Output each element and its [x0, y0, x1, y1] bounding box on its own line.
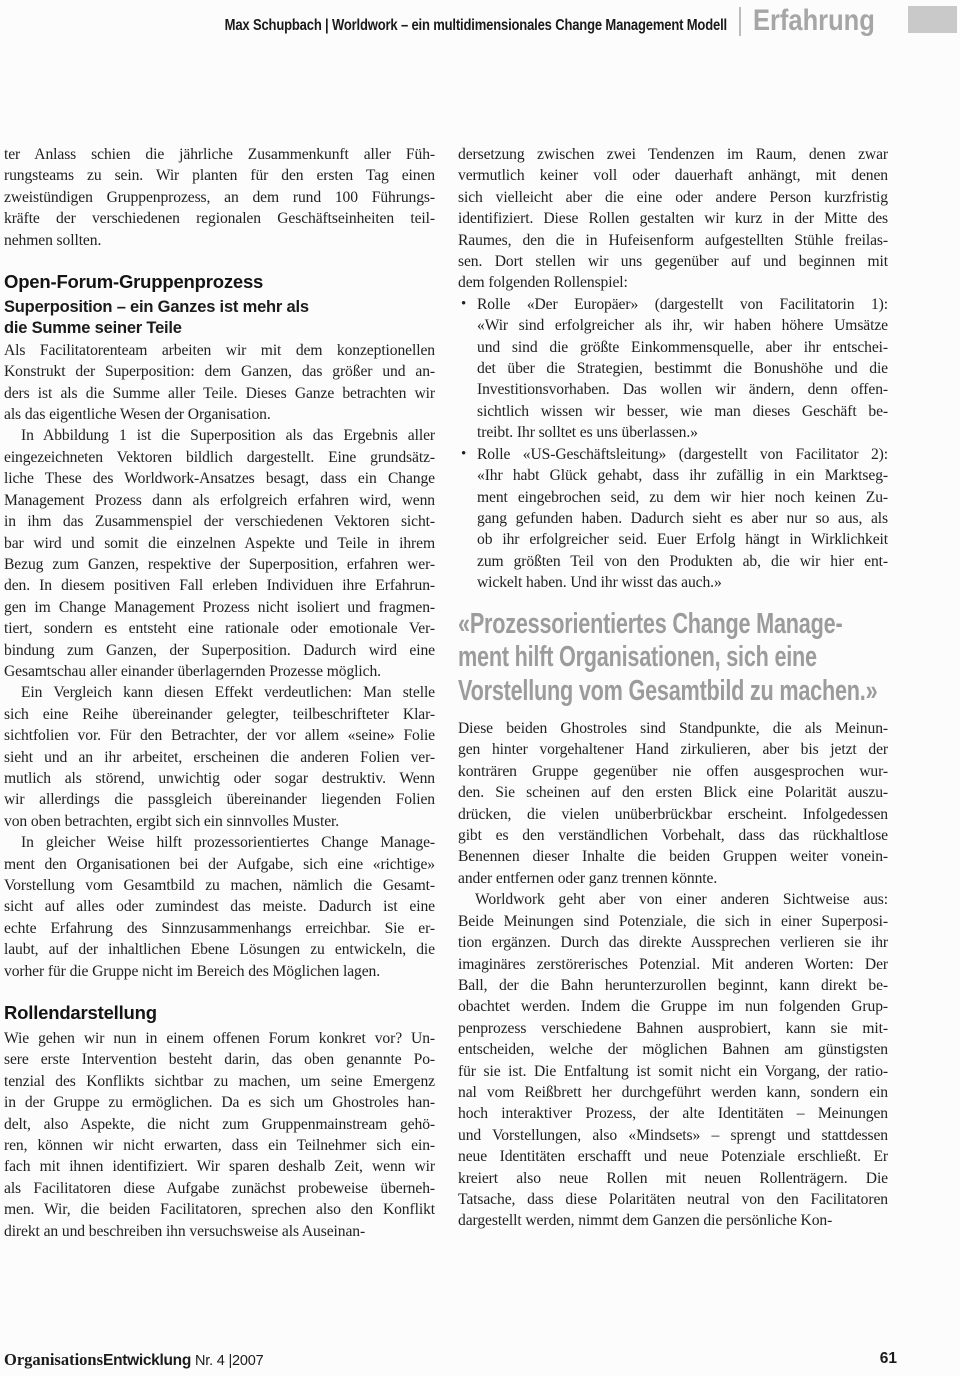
journal-name: OrganisationsEntwicklung Nr. 4 |2007	[4, 1350, 264, 1370]
bullet-item: •Rolle «Der Europäer» (dargestellt von F…	[458, 294, 888, 444]
sub-heading: Superposition – ein Ganzes ist mehr alsd…	[4, 297, 435, 340]
body-line: kräfte der verschiedenen regionalen Gesc…	[4, 208, 435, 229]
body-line: als Facilitatoren diese Aufgabe zunächst…	[4, 1178, 435, 1199]
body-line: und sind die größte Einkommensquelle, ab…	[477, 337, 888, 358]
paragraph: Als Facilitatorenteam arbeiten wir mit d…	[4, 340, 435, 426]
body-line: ders ist als die Summe aller Teile. Dies…	[4, 383, 435, 404]
body-line: rungsteams zu sein. Wir planten für den …	[4, 165, 435, 186]
body-line: bar wird und somit die einzelnen Aspekte…	[4, 533, 435, 554]
body-line: gen im Change Management Prozess nicht i…	[4, 597, 435, 618]
body-line: für sie ist. Die Entfaltung ist somit ni…	[458, 1061, 888, 1082]
body-line: Bezug zum Ganzen, respektive der Superpo…	[4, 554, 435, 575]
body-line: ander entfernen oder ganz trennen könnte…	[458, 868, 888, 889]
body-line: zweistündigen Gruppenprozess, an dem run…	[4, 187, 435, 208]
pull-quote-line: «Prozessorientiertes Change Manage-	[458, 608, 785, 642]
paragraph: In Abbildung 1 ist die Superposition als…	[4, 425, 435, 682]
sub-heading-line: die Summe seiner Teile	[4, 318, 435, 339]
bullet-icon: •	[461, 444, 466, 465]
body-line: ter Anlass schien die jährliche Zusammen…	[4, 144, 435, 165]
body-line: ment eingebrochen seid, zu dem wir hier …	[477, 487, 888, 508]
body-line: sen. Dort stellen wir uns gegenüber auf …	[458, 251, 888, 272]
paragraph: Ein Vergleich kann diesen Effekt verdeut…	[4, 682, 435, 832]
body-line: Vorstellung vom Gesamtbild zu machen, nä…	[4, 875, 435, 896]
paragraph: Wie gehen wir nun in einem offenen Forum…	[4, 1028, 435, 1242]
body-line: den. Sie scheinen auf den ersten Blick e…	[458, 782, 888, 803]
body-line: fach mit ihnen identifiziert. Wir sparen…	[4, 1156, 435, 1177]
body-line: vorher für die Gruppe nicht im Bereich d…	[4, 961, 435, 982]
body-line: von oben betrachten, ergibt sich ein sin…	[4, 811, 435, 832]
body-line: imaginäres zerstörerisches Potenzial. Mi…	[458, 954, 888, 975]
body-line: identifiziert. Diese Rollen gestalten wi…	[458, 208, 888, 229]
body-line: in ihm das Zusammenspiel der verschieden…	[4, 511, 435, 532]
body-line: Konstrukt der Superposition: dem Ganzen,…	[4, 361, 435, 382]
body-line: Diese beiden Ghostroles sind Standpunkte…	[458, 718, 888, 739]
issue-number: Nr. 4 |2007	[195, 1353, 263, 1369]
body-line: sich eine Reihe übereinander gelegter, t…	[4, 704, 435, 725]
body-line: Raumes, den die in Hufeisenform aufgeste…	[458, 230, 888, 251]
body-line: Rolle «Der Europäer» (dargestellt von Fa…	[477, 294, 888, 315]
body-line: ob ihr erfolgreicher seid. Euer Erfolg h…	[477, 529, 888, 550]
section-label: Erfahrung	[753, 4, 875, 38]
journal-name-serif-part: Organisations	[4, 1350, 103, 1369]
body-line: treibt. Ihr solltet es uns überlassen.»	[477, 422, 888, 443]
header-divider	[739, 7, 741, 36]
body-line: liche These des Worldwork-Ansatzes besag…	[4, 468, 435, 489]
body-line: kreiert also neue Rollen mit neuen Rolle…	[458, 1168, 888, 1189]
sub-heading-line: Superposition – ein Ganzes ist mehr als	[4, 297, 435, 318]
header-corner-box	[908, 6, 957, 33]
body-line: Gesamtschau aller einander überlagernden…	[4, 661, 435, 682]
body-line: Wie gehen wir nun in einem offenen Forum…	[4, 1028, 435, 1049]
bullet-item: •Rolle «US-Geschäftsleitung» (dargestell…	[458, 444, 888, 594]
body-line: in der Gruppe zu ermöglichen. Da es sich…	[4, 1092, 435, 1113]
body-line: Management Prozess dann als erfolgreich …	[4, 490, 435, 511]
body-line: In gleicher Weise hilft prozessorientier…	[4, 832, 435, 853]
body-line: Tatsache, dass diese Polaritäten neutral…	[458, 1189, 888, 1210]
body-line: dargestellt werden, nimmt dem Ganzen die…	[458, 1210, 888, 1231]
running-head: Max Schupbach | Worldwork – ein multidim…	[225, 17, 727, 35]
body-line: obachtet werden. Indem die Gruppe im nun…	[458, 996, 888, 1017]
body-line: gang gefunden haben. Dadurch sieht es ab…	[477, 508, 888, 529]
body-line: sichtfolien vor. Für den Betrachter, der…	[4, 725, 435, 746]
body-line: eingezeichneten Vektoren bildlich darges…	[4, 447, 435, 468]
body-line: entscheiden, welche der möglichen Bahnen…	[458, 1039, 888, 1060]
body-line: sere erste Intervention besteht darin, d…	[4, 1049, 435, 1070]
body-line: Rolle «US-Geschäftsleitung» (dargestellt…	[477, 444, 888, 465]
body-line: Beide Meinungen sind Potenziale, die sic…	[458, 911, 888, 932]
body-line: den. In diesem positiven Fall erleben In…	[4, 575, 435, 596]
body-line: sicht auf alles oder zumindest das meist…	[4, 896, 435, 917]
body-line: wir allerdings die passgleich übereinand…	[4, 789, 435, 810]
body-line: sieht und an ihr arbeitet, erscheinen di…	[4, 747, 435, 768]
body-line: dersetzung zwischen zwei Tendenzen im Ra…	[458, 144, 888, 165]
bullet-icon: •	[461, 294, 466, 315]
body-line: neue Identitäten erschafft und neue Pote…	[458, 1146, 888, 1167]
body-line: vermutlich keiner voll oder dauerhaft an…	[458, 165, 888, 186]
body-line: mutlich als störend, unwichtig oder soga…	[4, 768, 435, 789]
body-line: «Wir sind erfolgreicher als ihr, wir hab…	[477, 315, 888, 336]
body-line: sichtlich wissen wir besser, wie man die…	[477, 401, 888, 422]
body-line: ren, können wir nicht erwarten, dass ein…	[4, 1135, 435, 1156]
body-line: ment den Organisationen bei der Aufgabe,…	[4, 854, 435, 875]
body-line: Benennen dieser Inhalte die beiden Grupp…	[458, 846, 888, 867]
body-line: gen hinter vorgehaltener Hand zirkuliere…	[458, 739, 888, 760]
body-line: Ein Vergleich kann diesen Effekt verdeut…	[4, 682, 435, 703]
body-line: delt, also Aspekte, die nicht zum Gruppe…	[4, 1114, 435, 1135]
body-line: det über die Strategien, bestimmt die Bo…	[477, 358, 888, 379]
body-line: tiert, sondern es entsteht eine rational…	[4, 618, 435, 639]
body-line: konträren Gruppe gegenüber nie offen aus…	[458, 761, 888, 782]
paragraph: dersetzung zwischen zwei Tendenzen im Ra…	[458, 144, 888, 294]
body-line: laubt, auf der inhaltlichen Ebene Lösung…	[4, 939, 435, 960]
body-line: Ball, der die Bahn herunterzurollen begi…	[458, 975, 888, 996]
body-line: drücken, die vielen unüberbrückbar ersch…	[458, 804, 888, 825]
body-line: dem folgenden Rollenspiel:	[458, 272, 888, 293]
body-line: als das eigentliche Wesen der Organisati…	[4, 404, 435, 425]
page-number: 61	[880, 1350, 897, 1368]
paragraph: In gleicher Weise hilft prozessorientier…	[4, 832, 435, 982]
paragraph: ter Anlass schien die jährliche Zusammen…	[4, 144, 435, 251]
body-line: Als Facilitatorenteam arbeiten wir mit d…	[4, 340, 435, 361]
body-line: men. Wir, die beiden Facilitatoren, spre…	[4, 1199, 435, 1220]
body-line: penprozess verschiedene Bahnen ausprobie…	[458, 1018, 888, 1039]
body-line: wickelt haben. Und ihr wisst das auch.»	[477, 572, 888, 593]
body-line: echte Erfahrung des Sinnzusammenhangs er…	[4, 918, 435, 939]
body-line: gibt es den verständlichen Vorbehalt, da…	[458, 825, 888, 846]
body-line: nehmen sollten.	[4, 230, 435, 251]
section-heading: Rollendarstellung	[4, 1002, 435, 1024]
pull-quote: «Prozessorientiertes Change Manage-ment …	[458, 608, 888, 709]
paragraph: Worldwork geht aber von einer anderen Si…	[458, 889, 888, 1232]
body-line: und Vorstellungen, also «Mindsets» – spr…	[458, 1125, 888, 1146]
section-heading: Open-Forum-Gruppenprozess	[4, 271, 435, 293]
body-line: hoch interaktiver Prozess, der alte Iden…	[458, 1103, 888, 1124]
body-line: nal vom Reißbrett her durchgeführt werde…	[458, 1082, 888, 1103]
body-line: tenzial des Konflikts sichtbar zu machen…	[4, 1071, 435, 1092]
paragraph: Diese beiden Ghostroles sind Standpunkte…	[458, 718, 888, 889]
body-line: Investitionsvorhaben. Das wollen wir änd…	[477, 379, 888, 400]
journal-name-sans-part: Entwicklung	[103, 1352, 191, 1369]
right-column: dersetzung zwischen zwei Tendenzen im Ra…	[458, 144, 888, 1232]
body-line: bindung zum Ganzen, der Superposition. D…	[4, 640, 435, 661]
body-line: direkt an und beschreiben ihn versuchswe…	[4, 1221, 435, 1242]
left-column: ter Anlass schien die jährliche Zusammen…	[4, 144, 435, 1242]
body-line: Worldwork geht aber von einer anderen Si…	[458, 889, 888, 910]
body-line: In Abbildung 1 ist die Superposition als…	[4, 425, 435, 446]
body-line: tion ergänzen. Durch das direkte Ausspre…	[458, 932, 888, 953]
pull-quote-line: Vorstellung vom Gesamtbild zu machen.»	[458, 675, 785, 709]
body-line: sich vielleicht aber die eine oder ander…	[458, 187, 888, 208]
pull-quote-line: ment hilft Organisationen, sich eine	[458, 641, 785, 675]
body-line: zum größten Teil von den Produkten ab, d…	[477, 551, 888, 572]
body-line: «Ihr habt Glück gehabt, dass ihr zufälli…	[477, 465, 888, 486]
